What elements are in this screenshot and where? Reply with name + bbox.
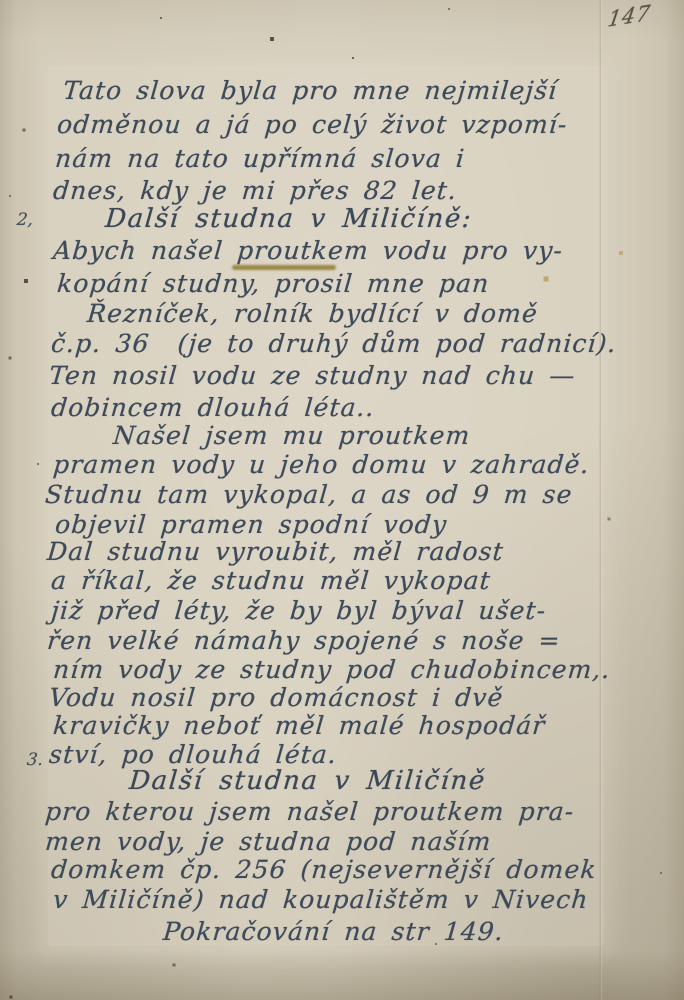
handwritten-line: Abych našel proutkem vodu pro vy-: [52, 236, 564, 265]
handwritten-line: a říkal, že studnu měl vykopat: [50, 566, 492, 595]
handwritten-line: Pokračování na str 149.: [162, 917, 505, 946]
handwriting-layer: 1472,3.Tato slova byla pro mne nejmilejš…: [0, 0, 684, 1000]
handwritten-line: nám na tato upřímná slova i: [54, 144, 466, 173]
handwritten-line: odměnou a já po celý život vzpomí-: [56, 110, 569, 139]
handwritten-line: domkem čp. 256 (nejsevernější domek: [50, 855, 598, 884]
manuscript-page: 1472,3.Tato slova byla pro mne nejmilejš…: [0, 0, 684, 1000]
handwritten-line: Našel jsem mu proutkem: [112, 421, 472, 450]
handwritten-line: dnes, kdy je mi přes 82 let.: [52, 176, 458, 205]
margin-number: 2,: [16, 210, 34, 230]
handwritten-line: objevil pramen spodní vody: [54, 510, 448, 539]
handwritten-line: pro kterou jsem našel proutkem pra-: [44, 797, 576, 826]
handwritten-line: v Miličíně) nad koupalištěm v Nivech: [52, 885, 590, 914]
handwritten-line: pramen vody u jeho domu v zahradě.: [52, 450, 591, 479]
section-heading: Další studna v Miličíně:: [104, 204, 474, 234]
handwritten-line: Tato slova byla pro mne nejmilejší: [62, 76, 559, 105]
handwritten-line: kravičky neboť měl malé hospodář: [52, 711, 547, 740]
handwritten-line: Studnu tam vykopal, a as od 9 m se: [44, 480, 574, 509]
handwritten-line: Ten nosil vodu ze studny nad chu —: [48, 361, 577, 390]
page-number: 147: [606, 0, 653, 32]
handwritten-line: dobincem dlouhá léta..: [50, 393, 376, 422]
handwritten-line: již před léty, že by byl býval ušet-: [50, 596, 548, 625]
handwritten-line: č.p. 36 (je to druhý dům pod radnicí).: [50, 329, 618, 358]
section-heading: Další studna v Miličíně: [128, 766, 487, 796]
handwritten-line: Řezníček, rolník bydlící v domě: [86, 299, 539, 328]
margin-number: 3.: [26, 750, 44, 770]
handwritten-line: řen velké námahy spojené s noše =: [46, 626, 562, 655]
handwritten-line: men vody, je studna pod naším: [44, 827, 493, 856]
handwritten-line: Dal studnu vyroubit, měl radost: [46, 537, 505, 566]
handwritten-line: ním vody ze studny pod chudobincem,.: [52, 655, 612, 684]
handwritten-line: Vodu nosil pro domácnost i dvě: [48, 683, 505, 712]
handwritten-line: kopání studny, prosil mne pan: [56, 269, 491, 298]
handwritten-line: ství, po dlouhá léta.: [48, 740, 338, 769]
